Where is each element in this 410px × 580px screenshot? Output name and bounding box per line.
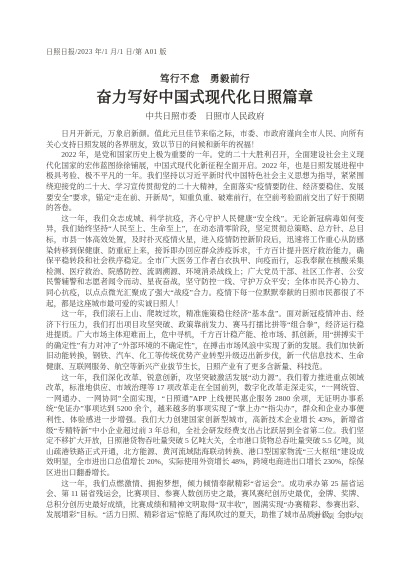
paragraph: 这一年，我们滚石上山、爬坡过坎，精准施策稳住经济“基本盘”。面对新冠疫情冲击、经… bbox=[46, 309, 364, 373]
paragraph: 2022 年，是党和国家历史上极为重要的一年。党的二十大胜利召开，全面建设社会主… bbox=[46, 150, 364, 214]
article-body: 日月开新元，万象启新颜。值此元旦佳节来临之际，市委、市政府谨向全市人民、向所有关… bbox=[46, 129, 364, 521]
document-page: 日照日报/2023 年/1 月/1 日/第 A01 版 笃行不怠 勇毅前行 奋力… bbox=[0, 0, 410, 580]
paragraph: 这一年，我们众志成城、科学抗疫，齐心守护人民健康“安全线”。无论新冠病毒如何变异… bbox=[46, 214, 364, 309]
page-number-indicator: 第 1 页 共 2 页 bbox=[313, 511, 364, 520]
article-title: 奋力写好中国式现代化日照篇章 bbox=[0, 86, 410, 107]
article-kicker: 笃行不怠 勇毅前行 bbox=[0, 71, 410, 85]
publication-meta: 日照日报/2023 年/1 月/1 日/第 A01 版 bbox=[46, 47, 167, 57]
paragraph: 日月开新元，万象启新颜。值此元旦佳节来临之际，市委、市政府谨向全市人民、向所有关… bbox=[46, 129, 364, 150]
paragraph: 这一年，我们深化改革、锐意创新，攻坚突破激活发展“动力源”。我们着力推进重点领域… bbox=[46, 373, 364, 479]
article-byline: 中共日照市委 日照市人民政府 bbox=[0, 110, 410, 122]
